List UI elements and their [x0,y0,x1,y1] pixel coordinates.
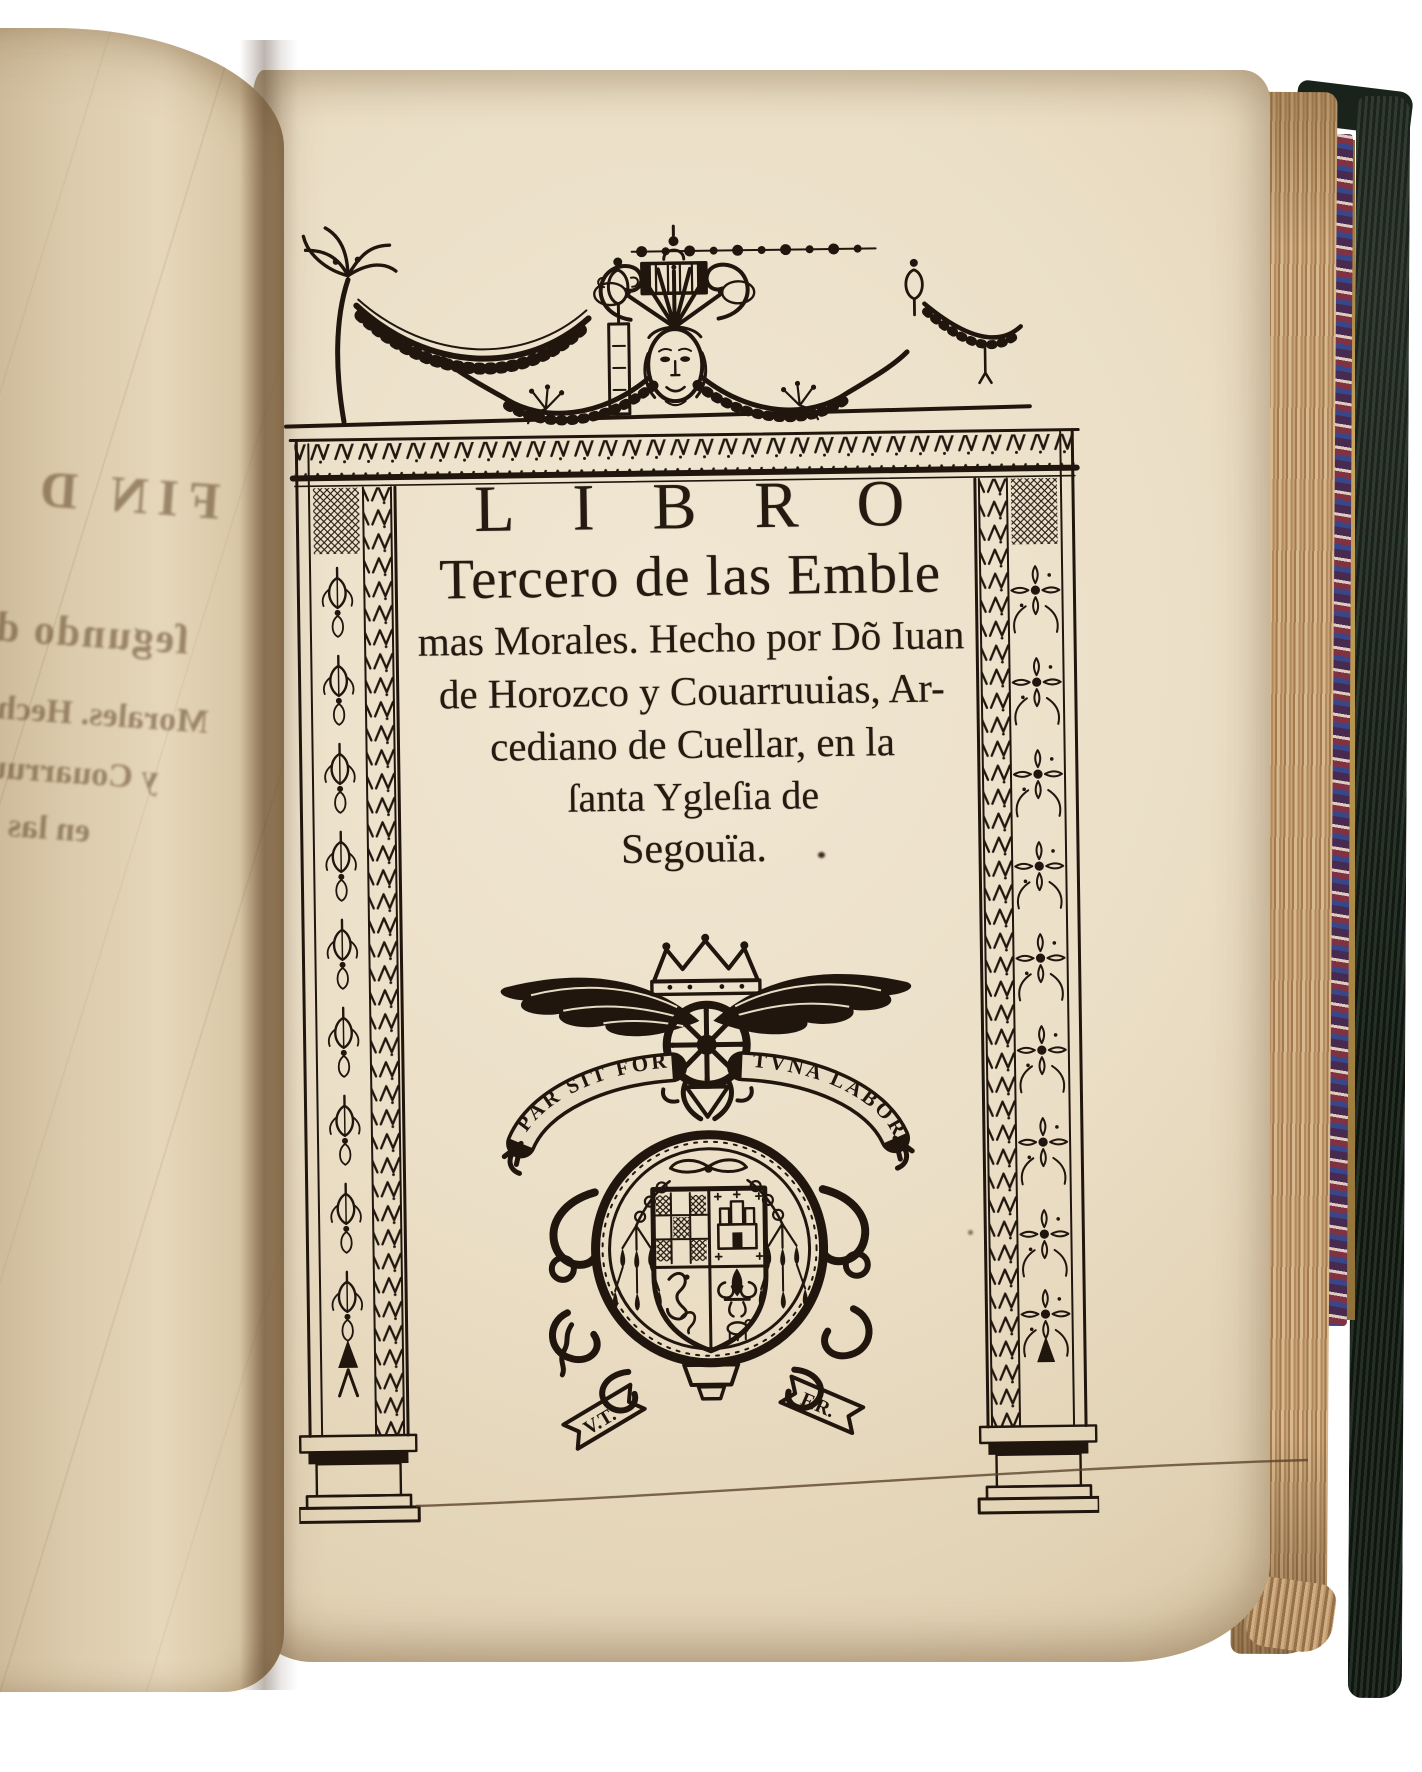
right-urn-finial [906,259,923,315]
strapwork-right [822,1189,869,1357]
engraved-plate: LIBRO Tercero de las Emble mas Morales. … [252,70,1270,1662]
quartered-shield [653,1188,767,1352]
title-line-7: Segouïa. [404,818,985,881]
quarter-checky [655,1193,708,1264]
left-page: FIN D ſegundo d Morales. Hecho y Couarru… [0,28,284,1692]
open-book-photo: FIN D ſegundo d Morales. Hecho y Couarru… [0,0,1422,1772]
ground-rule [286,406,1030,426]
cover-board [1348,96,1410,1698]
strapwork-left [550,1192,597,1360]
frame-right-pillar [974,430,1086,1427]
title-block: LIBRO Tercero de las Emble mas Morales. … [399,467,985,881]
title-line-4: de Horozco y Couarruuias, Ar- [401,661,982,722]
title-line-1: LIBRO [399,466,1038,546]
paper-chain-lines [0,28,284,1692]
frame-left-plinth [298,1435,419,1523]
left-swag-garland [356,296,589,370]
bottom-crease-line [408,1452,1318,1516]
title-line-6: ſanta Ygleſia de [403,767,984,826]
title-line-2: Tercero de las Emble [400,538,981,616]
frame-left-pillar [296,441,408,1436]
printer-device-woodcut: PAR SIT FOR TVNA LABOR [470,916,948,1475]
quarter-fleur-de-lis [718,1268,757,1341]
right-page-title-page: LIBRO Tercero de las Emble mas Morales. … [252,70,1270,1662]
showthrough-line-5: en las [7,807,92,851]
right-pillar-floral-garland [1011,566,1070,1363]
quarter-castle [715,1191,763,1260]
title-line-5: cediano de Cuellar, en la [402,714,983,775]
left-pillar-husk-garland [322,568,363,1396]
crown-icon [651,933,760,995]
right-corner-fringe [924,302,1021,383]
headpiece-woodcut-ornament [274,150,1038,453]
title-line-3: mas Morales. Hecho por Dõ Iuan [401,608,982,669]
